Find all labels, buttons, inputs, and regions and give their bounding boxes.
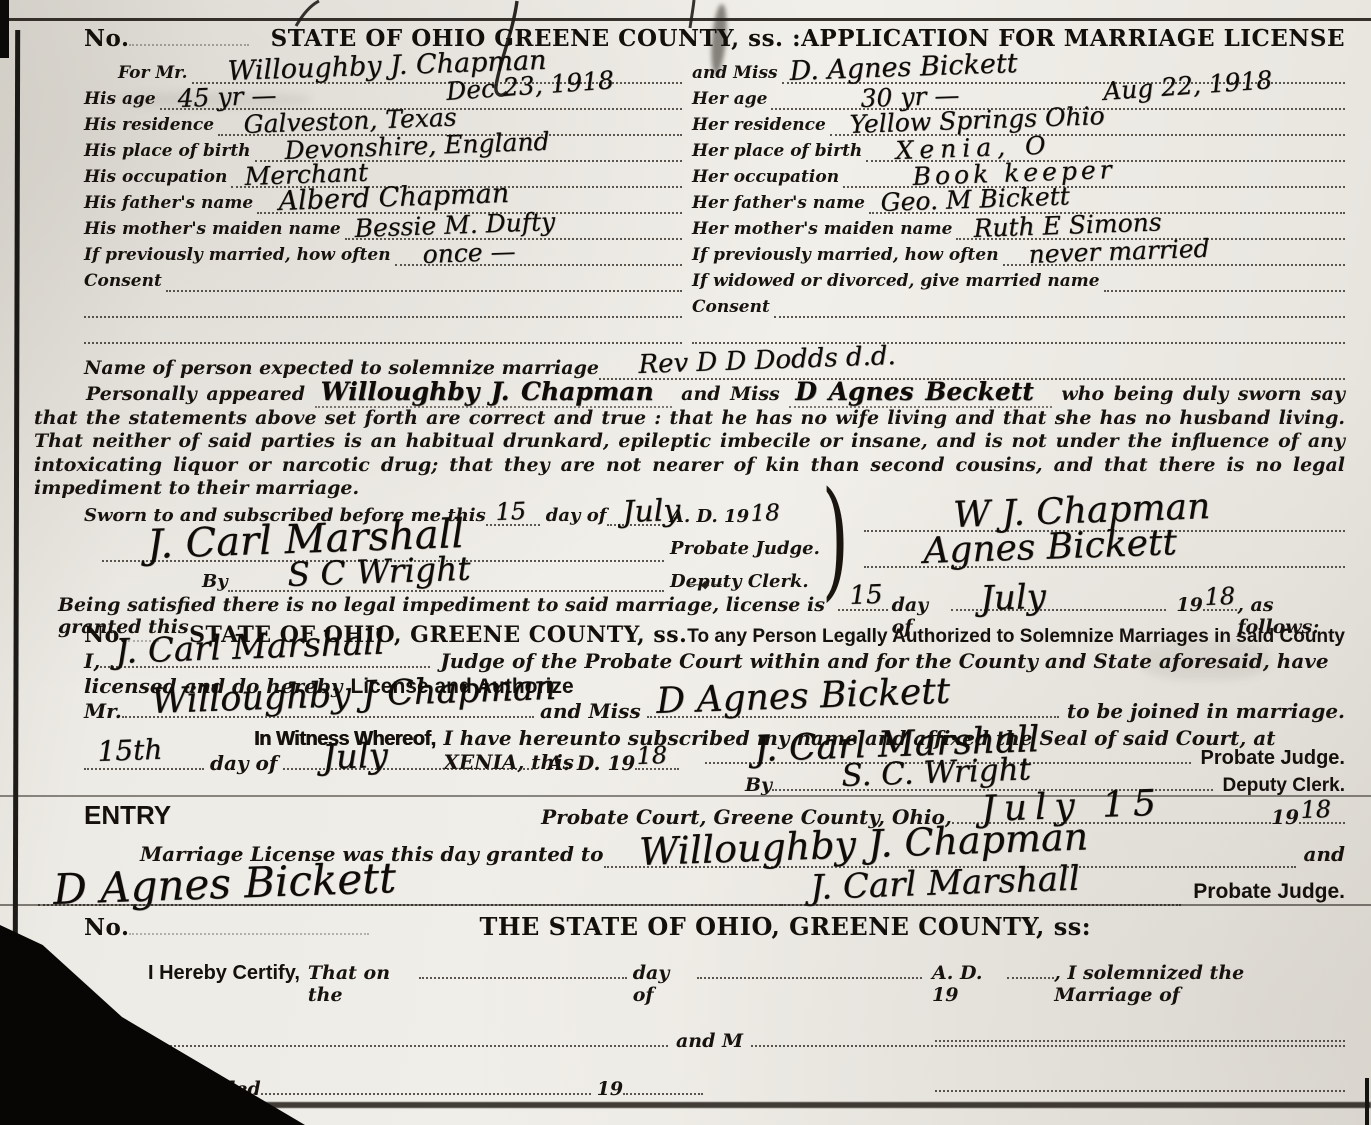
affidavit-lead: Personally appeared (86, 383, 305, 405)
affidavit-bride-name: D Agnes Beckett (789, 377, 1052, 408)
section-rule (0, 904, 1371, 906)
bride-column: and MissD. Agnes Bickett Her age30 yr —A… (692, 58, 1345, 344)
scan-edge-bottom-right (1365, 1078, 1369, 1125)
and-label: and (1296, 842, 1345, 868)
form-row: If widowed or divorced, give married nam… (692, 266, 1345, 292)
no-blank-line (129, 933, 369, 935)
field-value-handwriting: Bessie M. Dufty (354, 209, 555, 241)
blank-row (84, 318, 682, 344)
year-print: 19 (1271, 805, 1299, 829)
field-label: Her mother's maiden name (692, 219, 956, 240)
sworn-month-handwriting: July (621, 493, 680, 530)
field-label: and Miss (692, 63, 782, 84)
granted-month-handwriting: July (979, 577, 1046, 619)
entry-year-handwriting: 18 (1300, 795, 1332, 824)
judge-signature-handwriting: J. Carl Marshall (810, 859, 1081, 908)
by-label: By (202, 571, 228, 592)
affidavit-paragraph: Personally appeared Willoughby J. Chapma… (34, 383, 1345, 501)
field-label: Her father's name (692, 193, 869, 214)
form-row: Consent (84, 266, 682, 292)
certify-lead-label: I Hereby Certify, (148, 962, 300, 985)
dotted-line: July (283, 768, 533, 770)
ad-label: A. D. 19 (533, 751, 635, 775)
dotted-line: July (951, 609, 1167, 611)
day-blank: 15 (838, 609, 888, 611)
affidavit-and-miss: and Miss (681, 383, 780, 405)
field-value-handwriting: never married (1028, 236, 1210, 267)
field-value-handwriting: Geo. M Bickett (880, 183, 1070, 215)
deputy-clerk-label: Deputy Clerk. (1213, 775, 1345, 797)
probate-judge-label: Probate Judge. (1181, 880, 1345, 906)
bride-signature-handwriting: Agnes Bickett (923, 522, 1178, 572)
granted-day-handwriting: 15 (849, 580, 883, 611)
license-addressee: To any Person Legally Authorized to Sole… (687, 626, 1345, 648)
day-blank: 15 (486, 494, 540, 526)
section-rule (0, 795, 1371, 797)
application-header: No. STATE OF OHIO GREENE COUNTY, ss. : A… (84, 25, 1345, 52)
dotted-line: J. Carl Marshall (781, 868, 1181, 906)
field-label: His mother's maiden name (84, 219, 345, 240)
dotted-line (261, 1093, 591, 1095)
no-label: No. (84, 914, 129, 941)
field-value-handwriting: Yellow Springs Ohio (849, 103, 1105, 137)
entry-section: ENTRY Probate Court, Greene County, Ohio… (84, 800, 1345, 906)
sworn-day-handwriting: 15 (495, 497, 527, 526)
dotted-line (419, 977, 626, 979)
year-blank (1007, 977, 1054, 979)
i-label: I, (84, 649, 100, 673)
printed-brace: ) (822, 494, 841, 592)
groom-column: For Mr.Willoughby J. Chapman His age45 y… (84, 58, 682, 344)
license-body-1: Judge of the Probate Court within and fo… (430, 649, 1328, 673)
application-title: APPLICATION FOR MARRIAGE LICENSE (801, 25, 1345, 52)
joined-label: to be joined in marriage. (1059, 699, 1345, 723)
year-print: 19 (591, 1078, 623, 1100)
dotted-line: Willoughby J Chapman (122, 716, 534, 718)
marriage-license-document: No. STATE OF OHIO GREENE COUNTY, ss. : A… (0, 0, 1371, 1125)
year-print: 19 (1166, 594, 1202, 616)
sworn-left: Sworn to and subscribed before me this 1… (84, 494, 664, 592)
field-label: If widowed or divorced, give married nam… (692, 271, 1104, 292)
by-label: By (745, 774, 772, 796)
year-handwriting: 18 (750, 500, 780, 527)
year-blank: 18 (1299, 822, 1345, 824)
field-value-handwriting: once — (422, 239, 516, 267)
certify-body-label: That on the (300, 962, 419, 1006)
top-rule (0, 18, 1371, 21)
field-label: Her place of birth (692, 141, 866, 162)
license-section: No. STATE OF OHIO, GREENE COUNTY, ss. To… (84, 622, 1345, 778)
year-blank: 18 (1203, 609, 1237, 611)
dotted-line: D Agnes Bickett (647, 716, 1059, 718)
dotted-line (697, 977, 923, 979)
form-row: His mother's maiden nameBessie M. Dufty (84, 214, 682, 240)
dotted-line: J. Carl Marshall (100, 666, 430, 668)
ad-label: A. D. 19 (670, 506, 749, 527)
blank-row (692, 318, 1345, 344)
no-label: No. (84, 25, 129, 52)
probate-judge-label: Probate Judge. (670, 538, 820, 559)
scan-edge-top-left (0, 0, 9, 58)
field-label: His father's name (84, 193, 257, 214)
entry-title: ENTRY (84, 800, 171, 831)
day-blank: 15th (84, 768, 204, 770)
witness-month-handwriting: July (322, 736, 389, 778)
day-of-label: day of (540, 505, 607, 526)
ad-label: A. D. 19 (922, 962, 1007, 1006)
sworn-signatures: W J. Chapman Agnes Bickett (848, 494, 1345, 592)
granted-year-handwriting: 18 (1204, 582, 1236, 611)
and-m-label: and M (668, 1030, 751, 1052)
certify-post-label: , I solemnized the Marriage of (1054, 962, 1345, 1006)
witness-year-handwriting: 18 (636, 741, 668, 770)
certificate-title: THE STATE OF OHIO, GREENE COUNTY, ss: (479, 912, 1091, 941)
solemnize-value-handwriting: Rev D D Dodds d.d. (638, 341, 896, 380)
field-value-handwriting: 45 yr — (177, 83, 277, 111)
field-label: Consent (84, 271, 166, 292)
field-label: If previously married, how often (692, 245, 1003, 266)
no-blank-line (129, 44, 248, 46)
blank-row (84, 292, 682, 318)
affidavit-groom-name: Willoughby J. Chapman (315, 377, 672, 408)
form-row: Consent (692, 292, 1345, 318)
sworn-mid-labels: A. D. 1918 Probate Judge. Deputy Clerk. (664, 494, 814, 592)
mr-label: Mr. (84, 699, 122, 723)
witness-day-handwriting: 15th (97, 733, 163, 768)
form-row: His place of birthDevonshire, England (84, 136, 682, 162)
field-label: Consent (692, 297, 774, 318)
field-value-handwriting: D. Agnes Bickett (789, 50, 1018, 85)
solemnize-row: Name of person expected to solemnize mar… (84, 350, 1345, 380)
minister-signature-line (935, 1040, 1345, 1042)
year-blank: 18 (635, 768, 679, 770)
field-label: His age (84, 89, 160, 110)
scan-edge-left (13, 30, 20, 935)
day-of-label: day of (204, 751, 283, 775)
form-row: If previously married, how oftennever ma… (692, 240, 1345, 266)
field-value-handwriting: Devonshire, England (284, 129, 550, 163)
judge-name-handwriting: J. Carl Marshall (115, 623, 386, 672)
probate-judge-label: Probate Judge. (1191, 747, 1345, 770)
dotted-line: S C Wright (228, 590, 664, 592)
printed-ornament: —◆— (688, 578, 724, 591)
field-label: His occupation (84, 167, 231, 188)
certificate-section: No. THE STATE OF OHIO, GREENE COUNTY, ss… (84, 912, 1345, 1052)
form-row: If previously married, how oftenonce — (84, 240, 682, 266)
clerk-signature-handwriting: S C Wright (286, 549, 470, 594)
form-row: Her father's nameGeo. M Bickett (692, 188, 1345, 214)
year-blank (623, 1093, 703, 1095)
form-row: Her mother's maiden nameRuth E Simons (692, 214, 1345, 240)
field-label: His residence (84, 115, 218, 136)
field-label: Her occupation (692, 167, 843, 188)
dotted-line (751, 1045, 1345, 1047)
field-label: For Mr. (84, 63, 192, 84)
field-label: Her age (692, 89, 771, 110)
field-label: His place of birth (84, 141, 255, 162)
dotted-line (84, 342, 682, 344)
field-label: If previously married, how often (84, 245, 395, 266)
field-label: Her residence (692, 115, 830, 136)
day-of-label: day of (627, 962, 697, 1006)
recorded-right-line (935, 1090, 1345, 1092)
form-row: His father's nameAlberd Chapman (84, 188, 682, 214)
